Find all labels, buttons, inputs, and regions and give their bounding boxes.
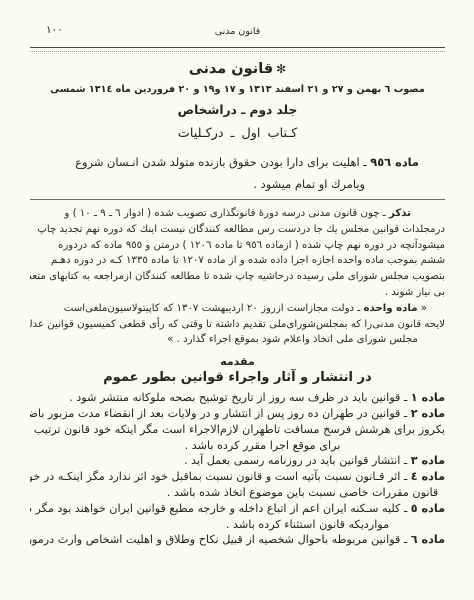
article-5-label: ماده ٥: [411, 502, 445, 515]
single-article-text: ـ دولت مجازاست ازروز ٢٠ اردیبهشت ١٣٠٧ که…: [64, 303, 364, 314]
article-6-label: ماده ٦: [411, 533, 445, 546]
footnote-separator: [30, 199, 445, 200]
running-header: ١٠٠ قانون مدنی: [30, 26, 445, 42]
article-5-line-1: ماده ٥ ـ کلیه سـکنه ایران اعم از اتباع د…: [30, 501, 445, 517]
articles-block: ماده ١ ـ قوانین باید در ظرف سه روز از تا…: [30, 390, 445, 548]
book-heading: کـتاب اول ـ درکـلیات: [30, 126, 445, 141]
article-3-line-1: ماده ٣ ـ انتشار قوانین باید در روزنامه ر…: [30, 453, 445, 469]
document-title: ✻قانون مدنی: [30, 61, 445, 77]
footnote-line: درمجلدات قوانین مجلس یك جا دردست رس مطال…: [30, 222, 445, 238]
article-2-text: ـ قوانین در طهران ده روز پس از انتشار و …: [30, 407, 411, 420]
single-article-label: ماده واحده: [364, 303, 418, 314]
article-3-label: ماده ٣: [411, 454, 445, 467]
volume-heading: جلد دوم ـ دراشخاص: [30, 103, 445, 117]
footnote-line: ششم بموجب ماده واحده اجازه اجرا داده شده…: [30, 253, 445, 269]
page-number: ١٠٠: [46, 24, 63, 36]
article-1-line-1: ماده ١ ـ قوانین باید در ظرف سه روز از تا…: [30, 390, 445, 406]
article-6-line-1: ماده ٦ ـ قوانین مربوطه باحوال شخصیه از ق…: [30, 532, 445, 548]
article-2-line-3: برای موقع اجرا مقرر کرده باشد .: [30, 438, 445, 454]
article-1-label: ماده ١: [411, 391, 445, 404]
article-5-line-2: مواردیکه قانون استثناء کرده باشد .: [30, 517, 445, 533]
article-1-text: ـ قوانین باید در ظرف سه روز از تاریخ توش…: [69, 391, 411, 404]
article-4-line-2: قانون مقررات خاصی نسبت باین موضوع اتخاذ …: [30, 485, 445, 501]
footnote-text: ـ چون قانون مدنی درسه دورهٔ قانونگذاری ت…: [64, 208, 389, 219]
approval-date-line: مصوب ٦ بهمن و ٢٧ و ٢١ اسفند ١٣١٣ و ١٧ و١…: [30, 84, 445, 95]
footnote-line: میشودآنچه در دوره نهم چاپ شده ( ازماده ٩…: [30, 238, 445, 254]
star-icon: ✻: [273, 62, 286, 76]
footnote-line: بتصویب مجلس شورای ملی رسیده درحاشیه چاپ …: [30, 269, 445, 285]
article-2-label: ماده ٢: [411, 407, 445, 420]
single-article-line: لایحه قانون مدنی‌را که بمجلس‌شورای‌ملی ت…: [30, 317, 445, 333]
article-956-line-1: ماده ٩٥٦ ـ اهلیت برای دارا بودن حقوق باز…: [30, 151, 445, 173]
preface-heading: مقدمه: [30, 355, 445, 368]
article-956: ماده ٩٥٦ ـ اهلیت برای دارا بودن حقوق باز…: [30, 151, 445, 195]
article-3-text: ـ انتشار قوانین باید در روزنامه رسمی بعم…: [184, 454, 411, 467]
article-956-line-2: وبامرك او تمام میشود .: [30, 173, 445, 195]
article-956-text: ـ اهلیت برای دارا بودن حقوق بازنده متولد…: [75, 155, 370, 169]
book-page: ١٠٠ قانون مدنی ✻قانون مدنی مصوب ٦ بهمن و…: [0, 0, 474, 600]
article-4-label: ماده ٤: [411, 470, 445, 483]
single-article-line: « ماده واحده ـ دولت مجازاست ازروز ٢٠ ارد…: [30, 301, 445, 317]
footnote-label: تذکر: [389, 208, 411, 219]
article-4-text: ـ اثر قـانون نسبت بآتیه است و قانون نسبت…: [30, 470, 411, 483]
article-4-line-1: ماده ٤ ـ اثر قـانون نسبت بآتیه است و قان…: [30, 469, 445, 485]
header-rule: [30, 47, 445, 52]
running-title: قانون مدنی: [30, 26, 445, 37]
footnote-line: بی نیاز شوند .: [30, 285, 445, 301]
preface-subheading: در انتشار و آثار واجراء قوانین بطور عموم: [30, 370, 445, 385]
open-quote: «: [418, 303, 427, 314]
page-content: ١٠٠ قانون مدنی ✻قانون مدنی مصوب ٦ بهمن و…: [0, 0, 474, 548]
article-5-text: ـ کلیه سـکنه ایران اعم از اتباع داخله و …: [30, 502, 411, 515]
article-6-text: ـ قوانین مربوطه باحوال شخصیه از قبیل نکا…: [30, 533, 411, 546]
article-956-label: ماده ٩٥٦: [370, 155, 419, 169]
article-2-line-1: ماده ٢ ـ قوانین در طهران ده روز پس از ان…: [30, 406, 445, 422]
footnote-line: تذکر ـ چون قانون مدنی درسه دورهٔ قانونگذ…: [30, 206, 445, 222]
single-article-line: مجلس شورای ملی اتخاذ واعلام شود بموقع اج…: [30, 332, 445, 348]
article-2-line-2: یکروز برای هرشش فرسخ مسافت تاطهران لازم‌…: [30, 422, 445, 438]
document-title-text: قانون مدنی: [189, 61, 273, 77]
footnote-block: تذکر ـ چون قانون مدنی درسه دورهٔ قانونگذ…: [30, 206, 445, 348]
